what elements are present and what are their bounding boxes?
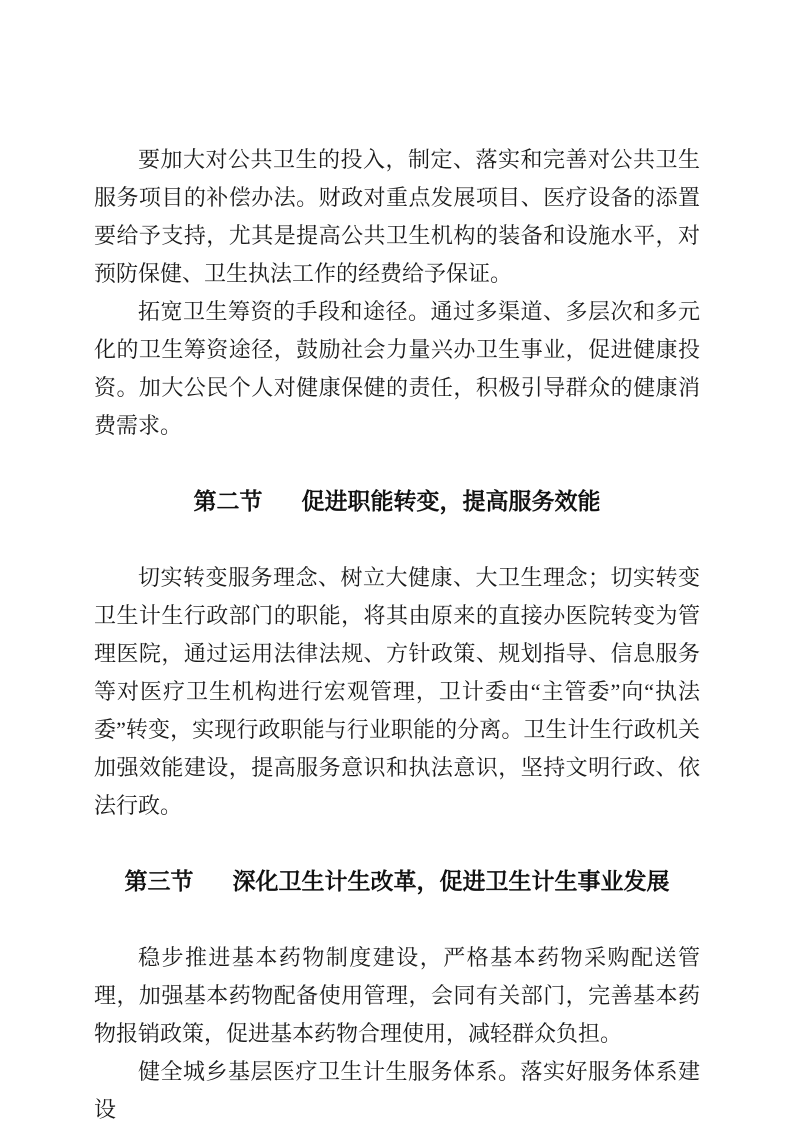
paragraph-public-health-funding: 要加大对公共卫生的投入，制定、落实和完善对公共卫生服务项目的补偿办法。财政对重点…: [94, 141, 700, 293]
document-page: 要加大对公共卫生的投入，制定、落实和完善对公共卫生服务项目的补偿办法。财政对重点…: [0, 0, 793, 1122]
paragraph-grassroots-service-system: 健全城乡基层医疗卫生计生服务体系。落实好服务体系建设: [94, 1053, 700, 1122]
section-heading-2: 第二节促进职能转变，提高服务效能: [94, 483, 700, 521]
section-heading-3: 第三节深化卫生计生改革，促进卫生计生事业发展: [94, 863, 700, 901]
section-title: 深化卫生计生改革，促进卫生计生事业发展: [233, 869, 670, 894]
section-title: 促进职能转变，提高服务效能: [302, 489, 601, 514]
page-content: 要加大对公共卫生的投入，制定、落实和完善对公共卫生服务项目的补偿办法。财政对重点…: [94, 141, 700, 1122]
paragraph-health-financing: 拓宽卫生筹资的手段和途径。通过多渠道、多层次和多元化的卫生筹资途径，鼓励社会力量…: [94, 293, 700, 445]
section-number: 第三节: [124, 869, 193, 894]
paragraph-essential-drugs: 稳步推进基本药物制度建设，严格基本药物采购配送管理，加强基本药物配备使用管理，会…: [94, 939, 700, 1053]
section-number: 第二节: [193, 489, 262, 514]
paragraph-function-transformation: 切实转变服务理念、树立大健康、大卫生理念；切实转变卫生计生行政部门的职能，将其由…: [94, 559, 700, 825]
